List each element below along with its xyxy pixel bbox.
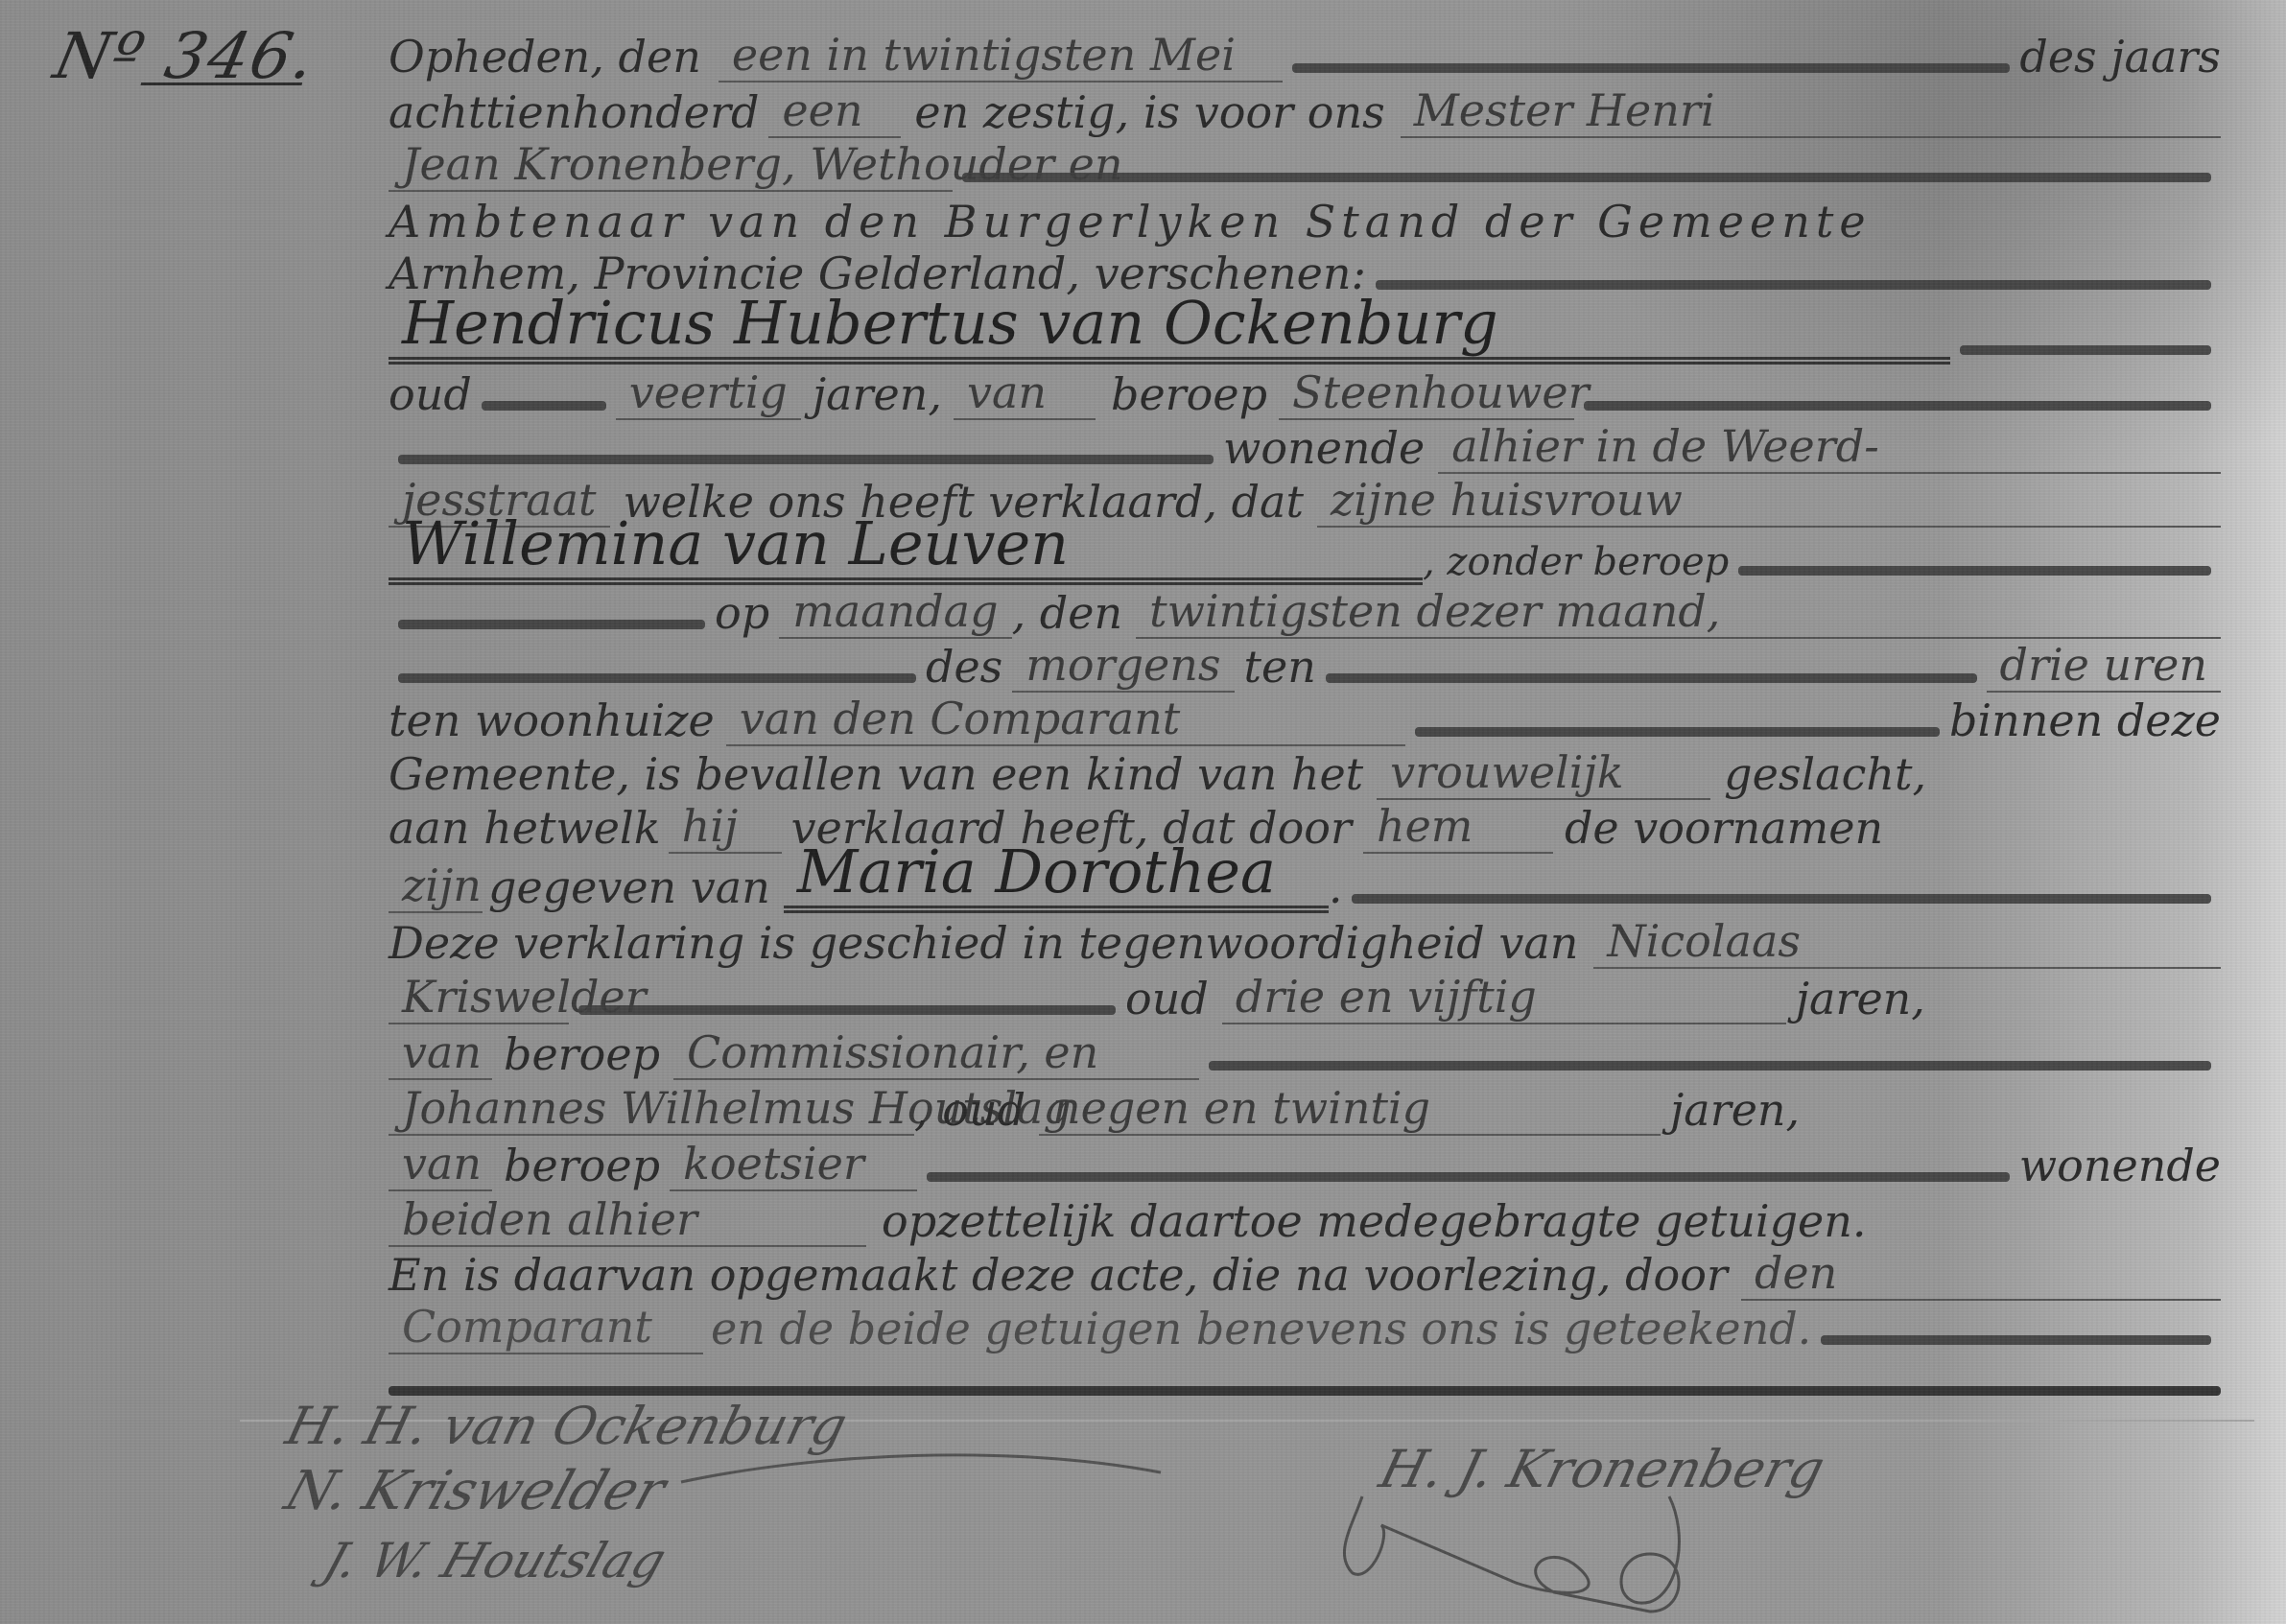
signature-witness-2: J. W. Houtslag [318,1533,673,1589]
filler-dash [398,455,1214,464]
line-text: en de beide getuigen benevens ons is get… [711,1306,1811,1354]
register-line-16: zijn gegeven van Maria Dorothea . [389,838,2221,913]
filler-dash [1960,345,2211,355]
register-line-21: van beroep koetsier wonende [389,1128,2221,1191]
filler-dash [1415,727,1940,737]
register-line-10: Willemina van Leuven , zonder beroep [389,512,2221,585]
register-line-20: Johannes Wilhelmus Houtslag , oud negen … [389,1072,2221,1136]
filler-dash [1821,1335,2211,1345]
filler-dash [927,1172,2010,1182]
filler-dash [398,673,916,683]
signature-flourish-icon [1324,1477,1708,1624]
child-name-field: Maria Dorothea [784,842,1329,913]
filler-dash [1584,401,2211,411]
father-name-field: Hendricus Hubertus van Ockenburg [389,294,1950,365]
register-line-19: van beroep Commissionair, en [389,1017,2221,1080]
filler-dash [1292,63,2011,73]
mother-name-field: Willemina van Leuven [389,514,1423,585]
record-number: Nº 346. [48,19,323,93]
register-line-24: Comparant en de beide getuigen benevens … [389,1291,2221,1354]
register-line-6: Hendricus Hubertus van Ockenburg [389,288,2221,365]
register-line-17: Deze verklaring is geschied in tegenwoor… [389,906,2221,969]
record-number-underline [141,82,302,85]
closing-rule [389,1386,2221,1396]
register-line-3: Jean Kronenberg, Wethouder en [389,129,2221,192]
filler-dash [1352,894,2211,904]
filler-dash [1326,673,1977,683]
filler-dash [482,401,606,411]
filler-dash [1738,566,2211,576]
filler-dash [398,620,705,629]
register-line-1: Opheden, den een in twintigsten Mei des … [389,19,2221,82]
line-fill: Comparant [389,1305,703,1354]
signature-witness-1: N. Kriswelder [277,1460,672,1522]
register-line-18: Kriswelder oud drie en vijftig jaren, [389,961,2221,1024]
filler-dash [962,173,2211,182]
filler-dash [1209,1061,2211,1071]
register-page: Nº 346. Opheden, den een in twintigsten … [0,0,2286,1624]
filler-dash [578,1005,1116,1015]
signature-underline-flourish-icon [672,1444,1170,1501]
